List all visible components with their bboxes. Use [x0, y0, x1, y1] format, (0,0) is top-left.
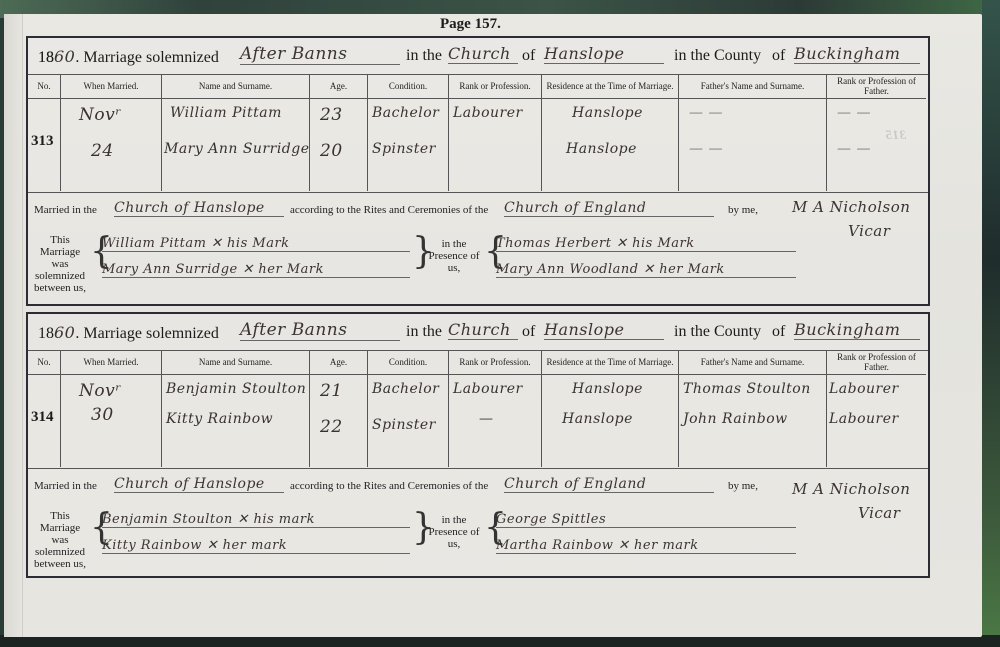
cell-residence: Hanslope Hanslope — [542, 375, 679, 467]
between-us-label: This Marriage was solemnized between us, — [30, 510, 90, 570]
by-me-label: by me, — [728, 480, 758, 492]
parish-field: Hanslope — [544, 320, 664, 340]
col-header-father-rank: Rank or Profession of Father. — [827, 74, 926, 99]
groom-rank: Labourer — [453, 381, 523, 397]
witness-2-signature: Mary Ann Woodland ✕ her Mark — [496, 262, 796, 278]
title-text: . Marriage solemnized — [75, 325, 219, 342]
rites-field: Church of England — [504, 200, 714, 217]
col-header-rank: Rank or Profession. — [449, 350, 542, 375]
county-label: in the County — [674, 323, 761, 341]
groom-condition: Bachelor — [372, 105, 439, 121]
place-type-field: Church — [448, 320, 518, 340]
bride-condition: Spinster — [372, 141, 436, 157]
witness-2-signature: Martha Rainbow ✕ her mark — [496, 538, 796, 554]
groom-condition: Bachelor — [372, 381, 439, 397]
groom-father-rank: — — — [837, 105, 871, 121]
of-label: of — [522, 47, 535, 65]
cell-rank: Labourer — — [449, 375, 542, 467]
col-header-age: Age. — [310, 74, 368, 99]
page-gutter — [4, 14, 23, 637]
cell-rank: Labourer — [449, 99, 542, 191]
county-field: Buckingham — [794, 320, 920, 340]
col-header-father-name: Father's Name and Surname. — [679, 74, 827, 99]
cell-father-rank: Labourer Labourer — [827, 375, 926, 467]
presence-label: in the Presence of us, — [424, 514, 484, 550]
year-prefix: 18 — [38, 325, 54, 342]
groom-signature: William Pittam ✕ his Mark — [102, 236, 410, 252]
of-label: of — [522, 323, 535, 341]
groom-residence: Hanslope — [572, 381, 643, 397]
signatures-block: This Marriage was solemnized between us,… — [28, 504, 928, 574]
col-header-name: Name and Surname. — [162, 74, 310, 99]
bride-rank: — — [479, 411, 494, 427]
when-day: 30 — [91, 405, 114, 425]
officiant-signature: M A Nicholson — [792, 480, 910, 498]
married-in-field: Church of Hanslope — [114, 200, 284, 217]
year-suffix: 60 — [54, 323, 75, 342]
in-the-label: in the — [406, 323, 442, 341]
bleed-through-number: 315 — [885, 127, 906, 143]
groom-age: 21 — [320, 381, 343, 401]
year-suffix: 60 — [54, 47, 75, 66]
groom-name: Benjamin Stoulton — [166, 381, 306, 397]
according-to-label: according to the Rites and Ceremonies of… — [290, 480, 488, 492]
col-header-name: Name and Surname. — [162, 350, 310, 375]
cell-number: 313 — [28, 99, 61, 191]
col-header-father-rank: Rank or Profession of Father. — [827, 350, 926, 375]
presence-label: in the Presence of us, — [424, 238, 484, 274]
cell-father-name: Thomas Stoulton John Rainbow — [679, 375, 827, 467]
manner-field: After Banns — [240, 44, 400, 65]
col-header-rank: Rank or Profession. — [449, 74, 542, 99]
col-header-age: Age. — [310, 350, 368, 375]
groom-father-name: — — — [689, 105, 723, 121]
bride-residence: Hanslope — [562, 411, 633, 427]
in-the-label: in the — [406, 47, 442, 65]
when-month: Novʳ — [79, 105, 122, 125]
parish-field: Hanslope — [544, 44, 664, 64]
groom-father-rank: Labourer — [829, 381, 899, 397]
cell-father-name: — — — — — [679, 99, 827, 191]
bride-father-name: John Rainbow — [683, 411, 788, 427]
year-prefix: 18 — [38, 49, 54, 66]
bride-signature: Mary Ann Surridge ✕ her Mark — [102, 262, 410, 278]
bride-father-rank: — — — [837, 141, 871, 157]
county-label: in the County — [674, 47, 761, 65]
between-us-label: This Marriage was solemnized between us, — [30, 234, 90, 294]
marriage-entry-313: 18 1860. Marriage solemnized After Banns… — [26, 36, 930, 306]
col-header-father-name: Father's Name and Surname. — [679, 350, 827, 375]
bride-age: 22 — [320, 417, 343, 437]
married-in-field: Church of Hanslope — [114, 476, 284, 493]
officiant-signature: M A Nicholson — [792, 198, 910, 216]
bride-signature: Kitty Rainbow ✕ her mark — [102, 538, 410, 554]
cell-when: Novʳ 30 — [61, 375, 162, 467]
groom-rank: Labourer — [453, 105, 523, 121]
entry-number: 314 — [31, 409, 54, 426]
col-header-when: When Married. — [61, 74, 162, 99]
col-header-residence: Residence at the Time of Marriage. — [542, 74, 679, 99]
groom-signature: Benjamin Stoulton ✕ his mark — [102, 512, 410, 528]
cell-ages: 23 20 — [310, 99, 368, 191]
entry-title-line: 18 1860. Marriage solemnized After Banns… — [28, 38, 928, 75]
cell-residence: Hanslope Hanslope — [542, 99, 679, 191]
bride-residence: Hanslope — [566, 141, 637, 157]
col-header-no: No. — [28, 74, 61, 99]
entry-title-line: 1860. Marriage solemnized After Banns in… — [28, 314, 928, 351]
groom-father-name: Thomas Stoulton — [683, 381, 811, 397]
entry-number: 313 — [31, 133, 54, 150]
cell-names: Benjamin Stoulton Kitty Rainbow — [162, 375, 310, 467]
col-header-condition: Condition. — [368, 350, 449, 375]
cell-names: William Pittam Mary Ann Surridge — [162, 99, 310, 191]
rites-field: Church of England — [504, 476, 714, 493]
cell-when: Novʳ 24 — [61, 99, 162, 191]
married-in-label: Married in the — [34, 480, 97, 492]
bride-age: 20 — [320, 141, 343, 161]
cell-condition: Bachelor Spinster — [368, 99, 449, 191]
bride-name: Kitty Rainbow — [166, 411, 273, 427]
title-text: . Marriage solemnized — [75, 49, 219, 66]
cell-father-rank: — — — — 315 — [827, 99, 926, 191]
col-header-no: No. — [28, 350, 61, 375]
married-in-label: Married in the — [34, 204, 97, 216]
place-type-field: Church — [448, 44, 518, 64]
signatures-block: This Marriage was solemnized between us,… — [28, 228, 928, 298]
col-header-when: When Married. — [61, 350, 162, 375]
groom-age: 23 — [320, 105, 343, 125]
book-cover-right — [982, 0, 1000, 647]
cell-ages: 21 22 — [310, 375, 368, 467]
when-day: 24 — [91, 141, 114, 161]
bride-name: Mary Ann Surridge — [164, 141, 310, 157]
col-header-residence: Residence at the Time of Marriage. — [542, 350, 679, 375]
groom-residence: Hanslope — [572, 105, 643, 121]
county-field: Buckingham — [794, 44, 920, 64]
county-of-label: of — [772, 47, 785, 65]
witness-1-signature: George Spittles — [496, 512, 796, 528]
witness-1-signature: Thomas Herbert ✕ his Mark — [496, 236, 796, 252]
bride-father-name: — — — [689, 141, 723, 157]
page-number: Page 157. — [440, 16, 501, 33]
according-to-label: according to the Rites and Ceremonies of… — [290, 204, 488, 216]
county-of-label: of — [772, 323, 785, 341]
bride-father-rank: Labourer — [829, 411, 899, 427]
manner-field: After Banns — [240, 320, 400, 341]
by-me-label: by me, — [728, 204, 758, 216]
cell-number: 314 — [28, 375, 61, 467]
marriage-entry-314: 1860. Marriage solemnized After Banns in… — [26, 312, 930, 578]
divider — [28, 192, 928, 193]
when-month: Novʳ — [79, 381, 122, 401]
col-header-condition: Condition. — [368, 74, 449, 99]
bride-condition: Spinster — [372, 417, 436, 433]
groom-name: William Pittam — [170, 105, 282, 121]
cell-condition: Bachelor Spinster — [368, 375, 449, 467]
divider — [28, 468, 928, 469]
